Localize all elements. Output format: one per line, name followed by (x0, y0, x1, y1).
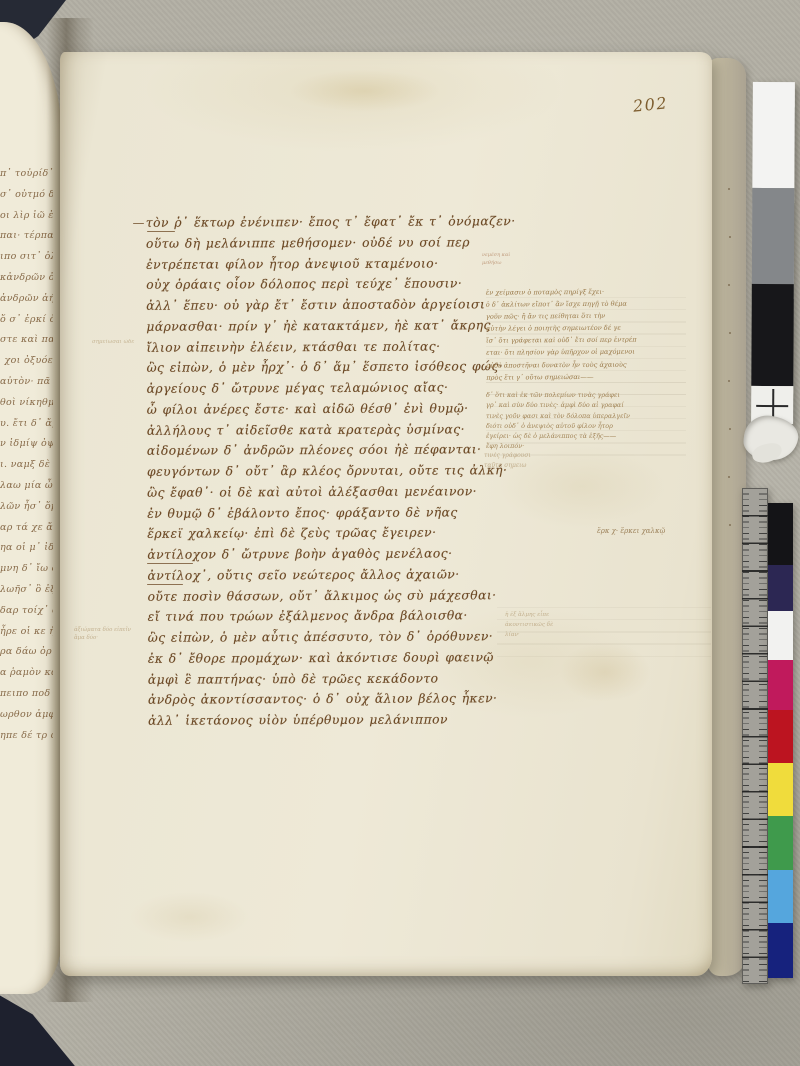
facing-page-text-line: ιπο σιτ᾽ ὀλλ κε (0, 247, 53, 268)
manuscript-text-line: οὔτε ποσὶν θάσσων, οὔτ᾽ ἄλκιμος ὡς σὺ μά… (147, 585, 499, 607)
facing-page-text-line: κἀνδρῶν ὀέψη (0, 268, 53, 289)
facing-page-text-line: αρ τά χε ἄσπ (0, 518, 53, 539)
folio-number: 202 (632, 93, 669, 116)
manuscript-text-line: ἀμφὶ ἓ παπτήνας· ὑπὸ δὲ τρῶες κεκάδοντο (148, 668, 500, 690)
scholia-faint-lines: τινὲς γράφουσιταῦτα σημειω (484, 451, 594, 470)
manuscript-text-line: μάρνασθαι· πρίν γ᾽ ἠὲ κατακτάμεν, ἠὲ κατ… (146, 315, 498, 337)
light-blue (768, 870, 793, 923)
facing-page-text-line: ωρθον ἀμφιρ (0, 705, 53, 726)
facing-page-text-line: ρα δάω ὀρ᾽ ὀρτ (0, 642, 53, 663)
manuscript-text-line: οὕτω δὴ μελάνιππε μεθήσομεν· οὐδέ νυ σοί… (146, 232, 498, 254)
facing-page-text-line: παι· τέρπακη (0, 226, 53, 247)
green (768, 816, 793, 870)
manuscript-text-line: οὐχ ὁράαις οἷον δόλοπος περὶ τεύχε᾽ ἕπου… (146, 273, 498, 295)
scholion-line: διότι οὐδ᾽ ὁ ἀνεψιὸς αὐτοῦ φίλον ἦτορ (486, 421, 678, 431)
scholion-line: δ᾽ ὅτι καὶ ἐκ τῶν πολεμίων τινὰς γράφει (486, 390, 678, 400)
marginal-note-left-mid: σημείωσαι ὧδε (92, 339, 148, 345)
scholion-line: ἐγείρει· ὡς δὲ ὁ μελάνιππος τὰ ἑξῆς—— (486, 431, 678, 441)
scholion-line: πρὸς ἔτι γ᾽ οὕτω σημειώσαι—— (486, 370, 672, 383)
marginal-note-left-lower: ἀξιώματα δύο εἰπεῖνἅμα δύο· (74, 626, 158, 642)
marginal-note-right: ἡ ἐξ ἅλμης εἶπεἀκοντιστικῶς δὲλίαν· (505, 610, 589, 640)
red (768, 710, 793, 763)
manuscript-text-line: ὦ φίλοι ἀνέρες ἔστε· καὶ αἰδῶ θέσθ᾽ ἐνὶ … (147, 398, 499, 420)
scholion-line: ταῦτα σημειω (484, 461, 594, 471)
manuscript-text-line: ὣς εἰπὼν, ὁ μὲν ἦρχ᾽· ὁ δ᾽ ἅμ᾽ ἕσπετο ἰσ… (147, 356, 499, 378)
marginal-note-inline-tiny: νεμέση καὶμεθήσω (482, 252, 532, 267)
marginal-note-line: ἀξιώματα δύο εἰπεῖν (74, 626, 158, 634)
facing-page-text-line: δαρ τοίχ᾽ ἄμπ (0, 601, 53, 622)
main-text-block: τὸν ῥ᾽ ἕκτωρ ἐνένιπεν· ἔπος τ᾽ ἔφατ᾽ ἔκ … (146, 211, 500, 731)
color-calibration-bar (768, 503, 793, 978)
facing-page-text-line: θοὶ νίκηθμε (0, 393, 53, 414)
marginal-note-line: λίαν· (505, 630, 589, 640)
manuscript-text-line: ἀλλ᾽ ἱκετάονος υἱὸν ὑπέρθυμον μελάνιππον (148, 709, 500, 731)
manuscript-text-line: ἀντίλοχον δ᾽ ὤτρυνε βοὴν ἀγαθὸς μενέλαος… (147, 543, 499, 565)
facing-page-text-line: ν ἱδμίψ ὀψων (0, 434, 53, 455)
manuscript-text-line: ἴλιον αἰπεινὴν ἑλέειν, κτάσθαι τε πολίτα… (146, 336, 498, 358)
manuscript-text-line: τὸν ῥ᾽ ἕκτωρ ἐνένιπεν· ἔπος τ᾽ ἔφατ᾽ ἔκ … (146, 211, 498, 233)
facing-page-text-line: π᾽ τοὐρίδ᾽ καλ (0, 164, 53, 185)
pricking-hole (729, 428, 731, 430)
scholion-line: γρ᾽ καὶ σὺν δύο τινὲς· ἀμφὶ δύο αἱ γραφα… (486, 400, 678, 410)
mid-gray-patch (752, 188, 795, 284)
white-patch (752, 82, 795, 188)
facing-page-text-line: α ῥαμὸν καὶ πὸ (0, 663, 53, 684)
facing-page-text-line: λωῆσ᾽ ὃ ἐξ μ (0, 580, 53, 601)
manuscript-text-line: ὣς εἰπὼν, ὁ μὲν αὖτις ἀπέσσυτο, τὸν δ᾽ ὀ… (148, 626, 500, 648)
manuscript-text-line: ἐκ δ᾽ ἔθορε προμάχων· καὶ ἀκόντισε δουρὶ… (148, 647, 500, 669)
facing-page-text-line: ἀνδρῶν ἀήτ (0, 289, 53, 310)
black (768, 503, 793, 565)
dark-blue (768, 923, 793, 978)
parchment-stain (560, 642, 650, 702)
scholion-line: τινὲς γοῦν φασι καὶ τὸν δόλοπα ὑπεραλγεῖ… (486, 411, 678, 421)
yellow (768, 763, 793, 816)
marginal-note-line: ἅμα δύο· (74, 634, 158, 642)
facing-page-text-line: ὅ σ᾽ ἑρκί ὀίλλ (0, 310, 53, 331)
facing-page-text-line: ηπε δέ τρ ω (0, 726, 53, 747)
facing-page-text-fragments: π᾽ τοὐρίδ᾽ καλσ᾽ οὐτμό δ᾽ ὀηροι λὶρ ἰῶ ἐ… (0, 164, 53, 746)
pricking-hole (728, 380, 730, 382)
marginal-gloss-herkei: ἕρκ χ· ἕρκει χαλκῷ (597, 527, 665, 535)
manuscript-text-line: ἐν θυμῷ δ᾽ ἐβάλοντο ἔπος· φράξαντο δὲ νῆ… (147, 502, 499, 524)
pricking-hole (728, 476, 730, 478)
marginal-note-line: ἡ ἐξ ἅλμης εἶπε (505, 610, 589, 620)
book-fore-edge (708, 58, 746, 976)
facing-page-text-line: αὐτὸν· πᾶ ἐξρ (0, 372, 53, 393)
manuscript-text-line: ἀργείους δ᾽ ὤτρυνε μέγας τελαμώνιος αἴας… (147, 377, 499, 399)
pricking-hole (728, 284, 730, 286)
manuscript-text-line: ἀλλήλους τ᾽ αἰδεῖσθε κατὰ κρατερὰς ὑσμίν… (147, 419, 499, 441)
black-patch (751, 284, 794, 386)
facing-page-text-line: στε καὶ παλλωθ (0, 330, 53, 351)
facing-page-text-line: υ. ἔτι δ᾽ ἄμφην (0, 414, 53, 435)
scholia-block-lower: δ᾽ ὅτι καὶ ἐκ τῶν πολεμίων τινὰς γράφειγ… (486, 390, 678, 452)
parchment-stain (130, 892, 250, 942)
scholion-line: τινὲς γράφουσι (484, 451, 594, 461)
manuscript-photo: π᾽ τοὐρίδ᾽ καλσ᾽ οὐτμό δ᾽ ὀηροι λὶρ ἰῶ ἐ… (0, 0, 800, 1066)
facing-page-text-line: χοι ὀξυόε (0, 351, 53, 372)
dark-violet (768, 565, 793, 611)
facing-page-text-line: οι λὶρ ἰῶ ἐξάπ (0, 206, 53, 227)
grayscale-calibration-bar (751, 82, 795, 424)
white (768, 611, 793, 660)
manuscript-text-line: ἕρκεϊ χαλκείῳ· ἐπὶ δὲ ζεὺς τρῶας ἔγειρεν… (147, 522, 499, 544)
magenta (768, 660, 793, 710)
pricking-hole (729, 236, 731, 238)
manuscript-text-line: ἀνδρὸς ἀκοντίσσαντος· ὁ δ᾽ οὐχ ἅλιον βέλ… (148, 688, 500, 710)
facing-page-text-line: ηα οἱ μ᾽ ἰδὼν (0, 538, 53, 559)
manuscript-text-line: ὣς ἔφαθ᾽· οἱ δὲ καὶ αὐτοὶ ἀλέξασθαι μενέ… (147, 481, 499, 503)
manuscript-text-line: αἰδομένων δ᾽ ἀνδρῶν πλέονες σόοι ἠὲ πέφα… (147, 439, 499, 461)
manuscript-text-line: φευγόντων δ᾽ οὔτ᾽ ἂρ κλέος ὄρνυται, οὔτε… (147, 460, 499, 482)
ruler (742, 488, 768, 984)
manuscript-text-line: ἀλλ᾽ ἕπευ· οὐ γὰρ ἔτ᾽ ἔστιν ἀποσταδὸν ἀρ… (146, 294, 498, 316)
pricking-hole (728, 188, 730, 190)
facing-page-text-line: ἦρε οἱ κε ἠῶ (0, 622, 53, 643)
marginal-note-line: νεμέση καὶ (482, 252, 532, 260)
facing-page-text-line: πειπο ποδ ἰμ (0, 684, 53, 705)
manuscript-text-line: ἐντρέπεται φίλον ἦτορ ἀνεψιοῦ κταμένοιο· (146, 253, 498, 275)
pricking-hole (729, 332, 731, 334)
facing-page-text-line: μνη δ᾽ ἴω ὄφη (0, 559, 53, 580)
facing-page-text-line: ι. ναμξ δὲ ὦμ (0, 455, 53, 476)
marginal-note-line: μεθήσω (482, 260, 532, 268)
facing-page-text-line: λῶν ἦσ᾽ ὅμιλ (0, 497, 53, 518)
facing-page-text-line: λαω μία ὦ σοι (0, 476, 53, 497)
manuscript-text-line: ἀντίλοχ᾽, οὔτις σεῖο νεώτερος ἄλλος ἀχαι… (147, 564, 499, 586)
scholia-block-upper: ἐν χείμασιν ὁ ποταμὸς πηρίγξ ἔχει·ὁ δ᾽ ἀ… (486, 285, 673, 383)
manuscript-text-line: εἴ τινά που τρώων ἐξάλμενος ἄνδρα βάλοισ… (148, 605, 500, 627)
parchment-stain (290, 70, 440, 112)
pricking-hole (729, 524, 731, 526)
facing-page-edge: π᾽ τοὐρίδ᾽ καλσ᾽ οὐτμό δ᾽ ὀηροι λὶρ ἰῶ ἐ… (0, 22, 62, 994)
marginal-note-line: ἀκοντιστικῶς δὲ (505, 620, 589, 630)
facing-page-text-line: σ᾽ οὐτμό δ᾽ ὀηρ (0, 185, 53, 206)
